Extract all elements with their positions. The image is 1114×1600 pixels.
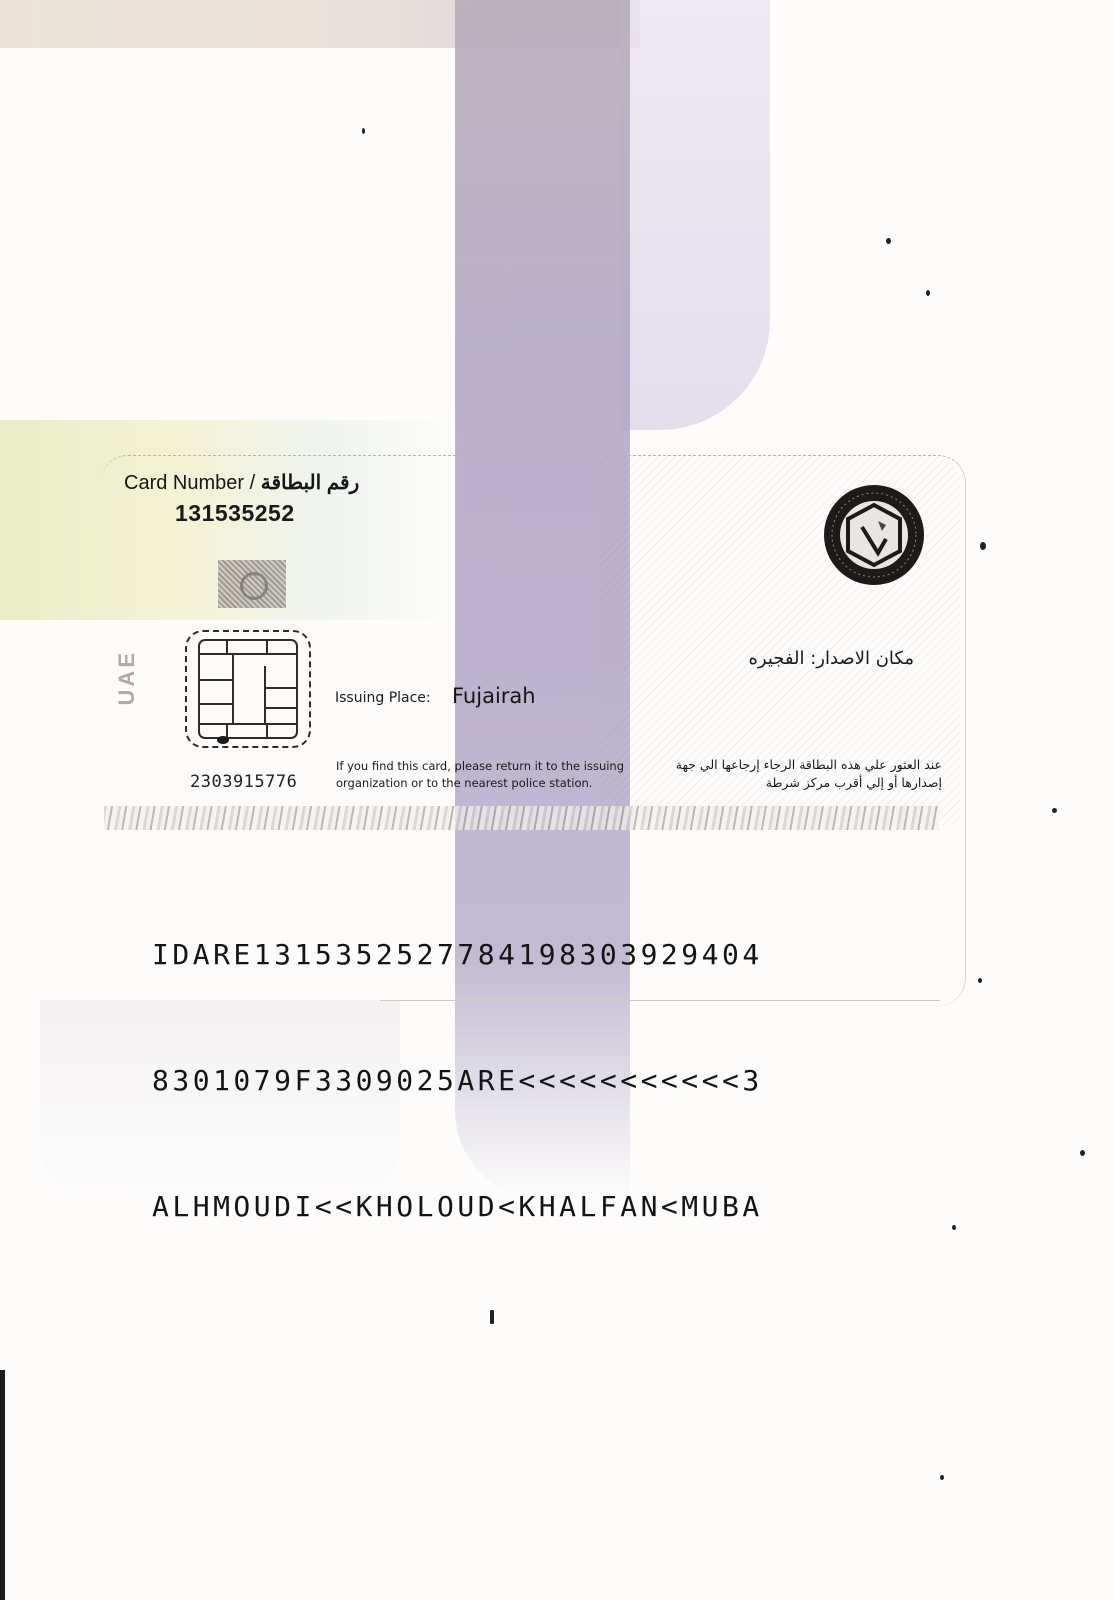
issuing-place-arabic: مكان الاصدار: الفجيره (749, 648, 915, 669)
issuing-place-label: Issuing Place: (335, 690, 431, 706)
scan-speck (978, 978, 982, 983)
scan-speck (980, 542, 986, 550)
hologram-icon (218, 560, 286, 608)
return-notice-ar: عند العثور علي هذه البطاقة الرجاء إرجاعه… (612, 756, 942, 792)
scan-speck (940, 1475, 944, 1480)
scan-speck (1052, 808, 1057, 813)
scan-speck (1080, 1150, 1085, 1156)
scan-speck (886, 238, 891, 244)
mrz-line-1: IDARE1315352527784198303929404 (152, 934, 763, 976)
gcc-emblem-icon (822, 483, 926, 587)
scan-speck (952, 1225, 956, 1230)
scan-shadow-light (620, 0, 770, 430)
country-code-vertical: UAE (114, 650, 140, 705)
smart-chip-icon (185, 630, 311, 748)
scan-speck (490, 1310, 494, 1324)
card-number-label: Card Number / رقم البطاقة (124, 470, 359, 495)
issuing-place-value: Fujairah (452, 684, 536, 708)
scan-speck (362, 128, 365, 134)
mrz-line-3: ALHMOUDI<<KHOLOUD<KHALFAN<MUBA (152, 1186, 763, 1228)
scan-edge (0, 1370, 5, 1600)
machine-readable-zone: IDARE1315352527784198303929404 8301079F3… (152, 850, 763, 1270)
return-notice-en: If you find this card, please return it … (336, 758, 636, 792)
card-number-value: 131535252 (175, 500, 295, 527)
chip-serial-number: 2303915776 (190, 772, 297, 792)
security-strip (104, 806, 939, 830)
mrz-line-2: 8301079F3309025ARE<<<<<<<<<<<3 (152, 1060, 763, 1102)
scan-speck (926, 290, 930, 296)
